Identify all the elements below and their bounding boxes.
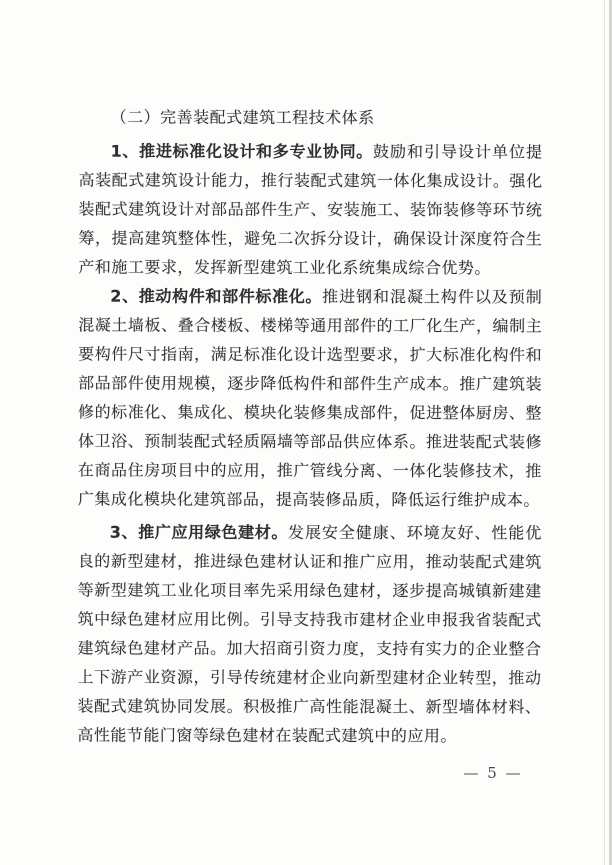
paragraph-1-lead: 1、推进标准化设计和多专业协同。 — [111, 142, 373, 162]
section-heading: （二）完善装配式建筑工程技术体系 — [79, 103, 543, 133]
paragraph-2-body: 推进钢和混凝土构件以及预制混凝土墙板、叠合楼板、楼梯等通用部件的工厂化生产，编制… — [78, 287, 542, 509]
document-page: （二）完善装配式建筑工程技术体系 1、推进标准化设计和多专业协同。鼓励和引导设计… — [0, 0, 612, 865]
paragraph-3: 3、推广应用绿色建材。发展安全健康、环境友好、性能优良的新型建材，推进绿色建材认… — [77, 518, 541, 751]
paragraph-2: 2、推动构件和部件标准化。推进钢和混凝土构件以及预制混凝土墙板、叠合楼板、楼梯等… — [78, 282, 542, 515]
paragraph-1-body: 鼓励和引导设计单位提高装配式建筑设计能力，推行装配式建筑一体化集成设计。强化装配… — [78, 142, 542, 277]
document-content: （二）完善装配式建筑工程技术体系 1、推进标准化设计和多专业协同。鼓励和引导设计… — [77, 103, 542, 751]
scan-edge-line-artifact — [604, 0, 605, 865]
page-number: — 5 — — [458, 764, 528, 782]
paragraph-3-body: 发展安全健康、环境友好、性能优良的新型建材，推进绿色建材认证和推广应用，推动装配… — [77, 523, 541, 745]
paragraph-2-lead: 2、推动构件和部件标准化。 — [110, 287, 322, 306]
paragraph-3-lead: 3、推广应用绿色建材。 — [110, 523, 288, 542]
paragraph-1: 1、推进标准化设计和多专业协同。鼓励和引导设计单位提高装配式建筑设计能力，推行装… — [78, 137, 542, 283]
